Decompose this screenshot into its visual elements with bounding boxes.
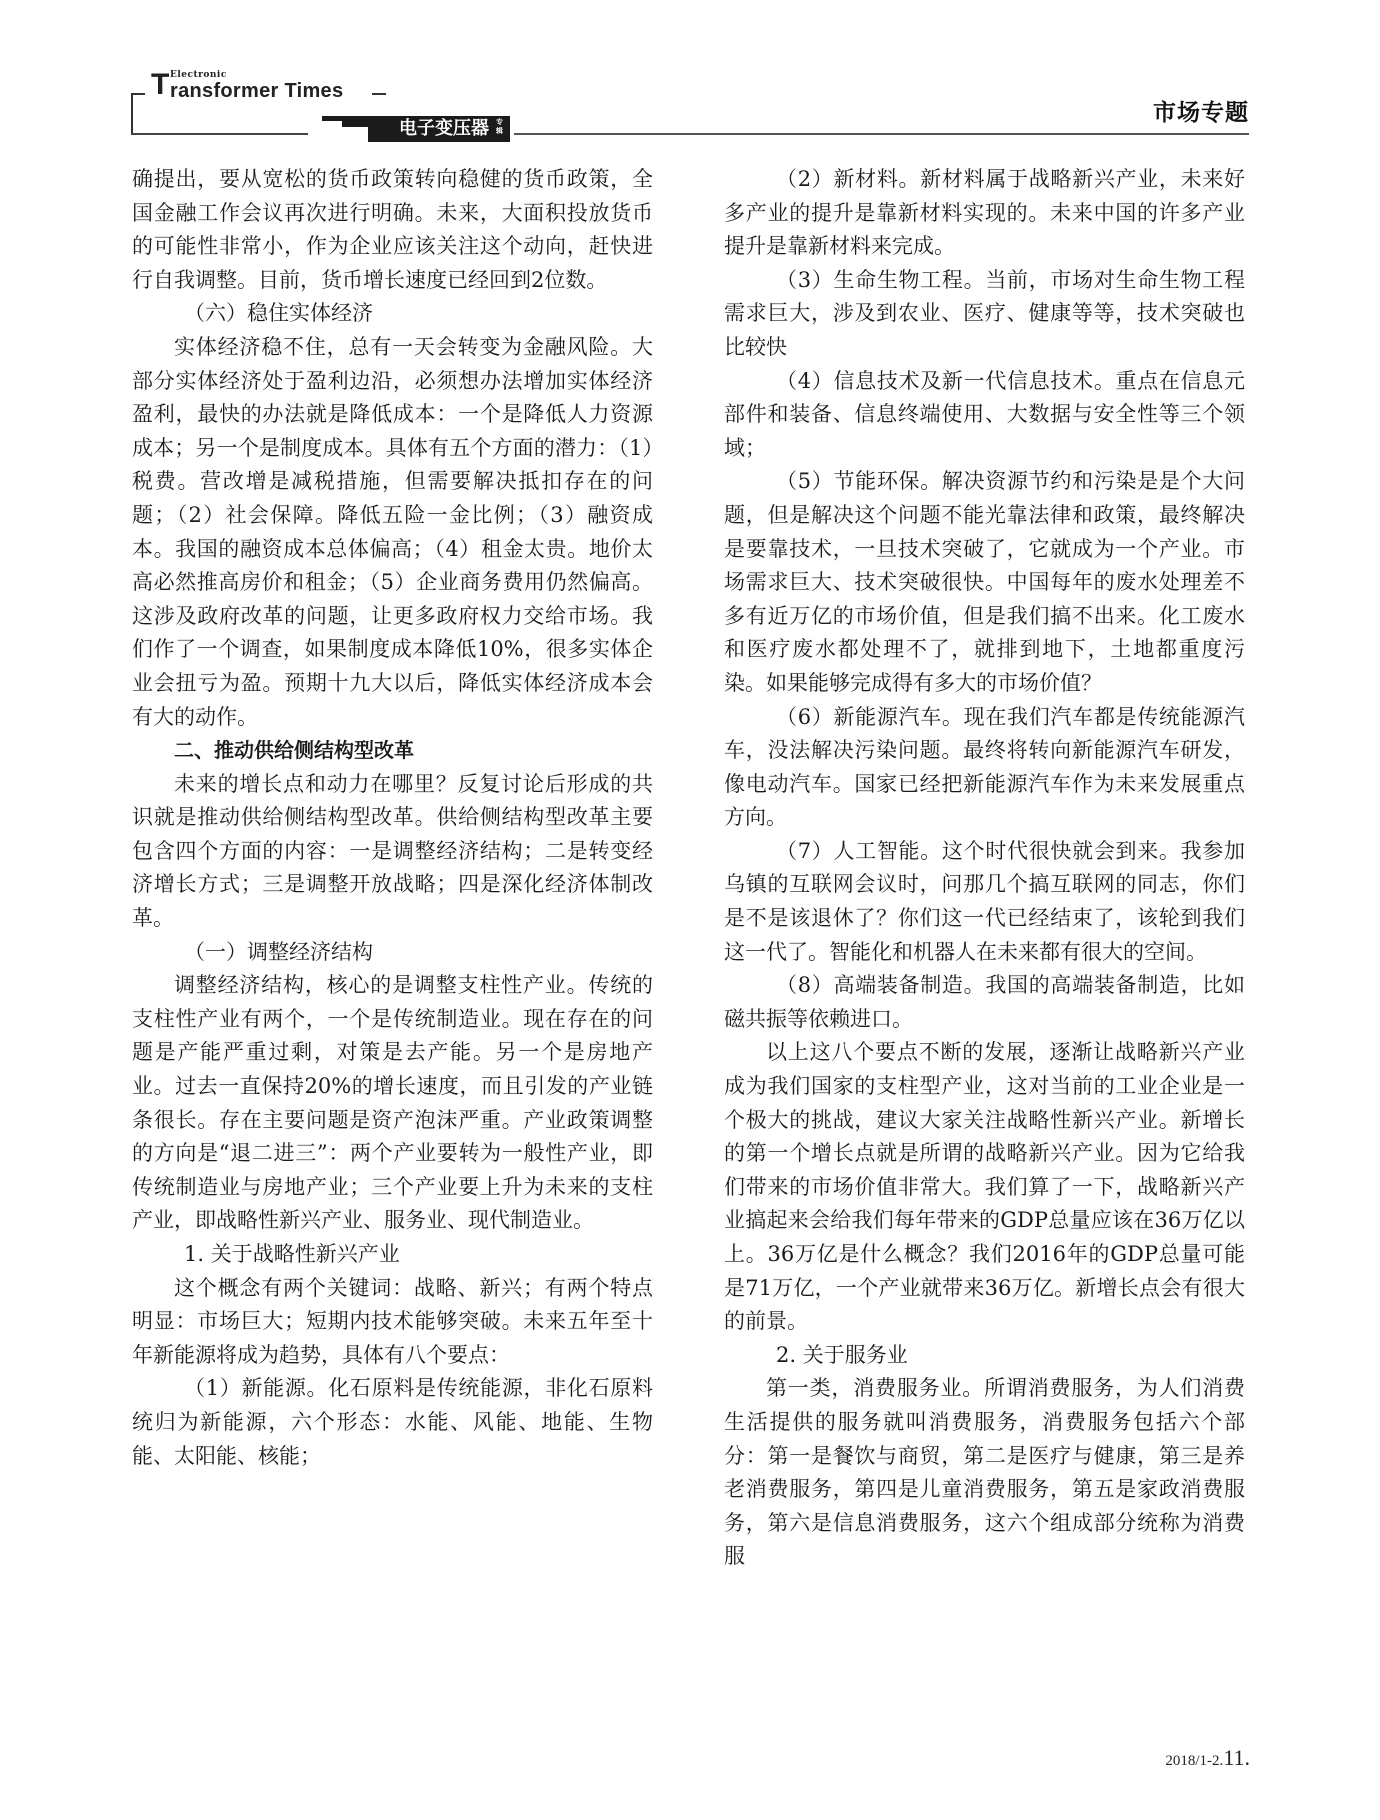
- page-header: T Electronic ransformer Times 电子变压器 专辑 市…: [0, 0, 1380, 150]
- subheading: 1. 关于战略性新兴产业: [132, 1238, 653, 1272]
- logo-dash-right: [372, 93, 386, 95]
- header-rule-right: [514, 133, 1249, 135]
- list-item: （4）信息技术及新一代信息技术。重点在信息元部件和装备、信息终端使用、大数据与安…: [724, 365, 1245, 466]
- logo-superscript: Electronic: [170, 70, 227, 80]
- paragraph: 以上这八个要点不断的发展，逐渐让战略新兴产业成为我们国家的支柱型产业，这对当前的…: [724, 1036, 1245, 1338]
- page-footer: 2018/1-2.11.: [1165, 1745, 1250, 1771]
- right-column: （2）新材料。新材料属于战略新兴产业，未来好多产业的提升是靠新材料实现的。未来中…: [724, 163, 1245, 1574]
- section-heading: 二、推动供给侧结构型改革: [132, 734, 653, 768]
- issue-date: 2018/1-2.: [1165, 1753, 1223, 1769]
- section-title: 市场专题: [1153, 99, 1249, 127]
- header-rule-left: [131, 133, 308, 135]
- paragraph: 未来的增长点和动力在哪里？反复讨论后形成的共识就是推动供给侧结构型改革。供给侧结…: [132, 768, 653, 936]
- subheading: 2. 关于服务业: [724, 1339, 1245, 1373]
- page-number: 11.: [1223, 1745, 1250, 1770]
- paragraph: 这个概念有两个关键词：战略、新兴；有两个特点明显：市场巨大；短期内技术能够突破。…: [132, 1272, 653, 1373]
- list-item: （6）新能源汽车。现在我们汽车都是传统能源汽车，没法解决污染问题。最终将转向新能…: [724, 701, 1245, 835]
- logo-dash-left: [131, 93, 145, 95]
- list-item: （5）节能环保。解决资源节约和污染是是个大问题，但是解决这个问题不能光靠法律和政…: [724, 465, 1245, 700]
- logo-bracket-line: [131, 93, 139, 134]
- paragraph: 调整经济结构，核心的是调整支柱性产业。传统的支柱性产业有两个，一个是传统制造业。…: [132, 969, 653, 1238]
- paragraph: 确提出，要从宽松的货币政策转向稳健的货币政策，全国金融工作会议再次进行明确。未来…: [132, 163, 653, 297]
- subheading: （六）稳住实体经济: [132, 297, 653, 331]
- list-item: （2）新材料。新材料属于战略新兴产业，未来好多产业的提升是靠新材料实现的。未来中…: [724, 163, 1245, 264]
- paragraph: 第一类，消费服务业。所谓消费服务，为人们消费生活提供的服务就叫消费服务，消费服务…: [724, 1372, 1245, 1574]
- paragraph: 实体经济稳不住，总有一天会转变为金融风险。大部分实体经济处于盈利边沿，必须想办法…: [132, 331, 653, 734]
- masthead-title: 电子变压器: [399, 118, 489, 140]
- left-column: 确提出，要从宽松的货币政策转向稳健的货币政策，全国金融工作会议再次进行明确。未来…: [132, 163, 653, 1473]
- list-item: （7）人工智能。这个时代很快就会到来。我参加乌镇的互联网会议时，问那几个搞互联网…: [724, 835, 1245, 969]
- logo-wordmark: ransformer Times: [170, 80, 343, 102]
- list-item: （3）生命生物工程。当前，市场对生命生物工程需求巨大，涉及到农业、医疗、健康等等…: [724, 264, 1245, 365]
- list-item: （1）新能源。化石原料是传统能源，非化石原料统归为新能源，六个形态：水能、风能、…: [132, 1372, 653, 1473]
- subheading: （一）调整经济结构: [132, 936, 653, 970]
- list-item: （8）高端装备制造。我国的高端装备制造，比如磁共振等依赖进口。: [724, 969, 1245, 1036]
- masthead-badge: 专辑: [496, 118, 506, 136]
- logo-big-letter: T: [151, 70, 169, 100]
